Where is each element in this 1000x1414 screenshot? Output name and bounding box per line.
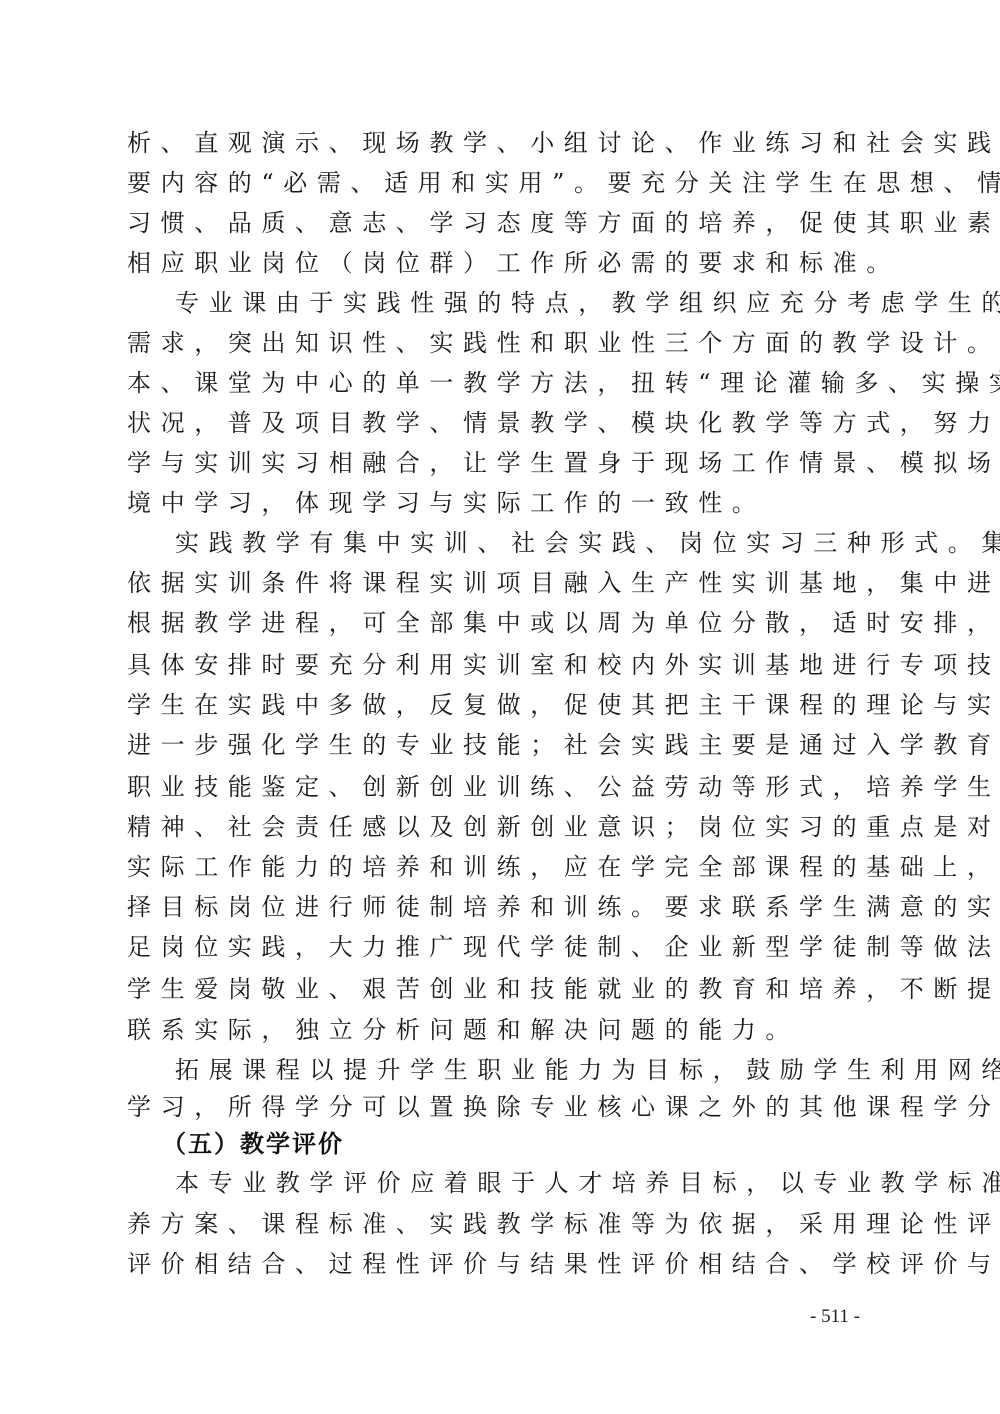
paragraph-line: 职业技能鉴定、创新创业训练、公益劳动等形式，培养学生的吃苦耐劳 xyxy=(127,770,887,804)
page-number: - 511 - xyxy=(790,1306,880,1328)
paragraph-line: 实践教学有集中实训、社会实践、岗位实习三种形式。集中实训应 xyxy=(175,526,935,560)
paragraph-line: 具体安排时要充分利用实训室和校内外实训基地进行专项技能培训，让 xyxy=(127,648,887,682)
paragraph-line: 专业课由于实践性强的特点，教学组织应充分考虑学生的职业岗位 xyxy=(175,286,935,320)
paragraph-line: 养方案、课程标准、实践教学标准等为依据，采用理论性评价与实践性 xyxy=(127,1207,887,1241)
paragraph-line: 境中学习，体现学习与实际工作的一致性。 xyxy=(127,486,887,520)
paragraph-line: 析、直观演示、现场教学、小组讨论、作业练习和社会实践等，突出主 xyxy=(127,126,887,160)
paragraph-line: 要内容的“必需、适用和实用”。要充分关注学生在思想、情感、兴趣、 xyxy=(127,166,887,200)
paragraph-line: 择目标岗位进行师徒制培养和训练。要求联系学生满意的实习单位，立 xyxy=(127,890,887,924)
document-page: 析、直观演示、现场教学、小组讨论、作业练习和社会实践等，突出主 要内容的“必需、… xyxy=(0,0,1000,1414)
paragraph-line: 学生爱岗敬业、艰苦创业和技能就业的教育和培养，不断提升学生理论 xyxy=(127,972,887,1006)
paragraph-line: 学与实训实习相融合，让学生置身于现场工作情景、模拟场景及仿真环 xyxy=(127,446,887,480)
paragraph-line: 学习，所得学分可以置换除专业核心课之外的其他课程学分。 xyxy=(127,1090,887,1124)
paragraph-line: 精神、社会责任感以及创新创业意识；岗位实习的重点是对学生就业前 xyxy=(127,810,887,844)
paragraph-line: 本专业教学评价应着眼于人才培养目标，以专业教学标准、人才培 xyxy=(175,1166,935,1200)
paragraph-line: 联系实际，独立分析问题和解决问题的能力。 xyxy=(127,1013,887,1047)
paragraph-line: 相应职业岗位（岗位群）工作所必需的要求和标准。 xyxy=(127,246,887,280)
paragraph-line: 拓展课程以提升学生职业能力为目标，鼓励学生利用网络自主选择 xyxy=(175,1053,935,1087)
paragraph-line: 本、课堂为中心的单一教学方法，扭转“理论灌输多、实操实训少”的 xyxy=(127,366,887,400)
paragraph-line: 依据实训条件将课程实训项目融入生产性实训基地，集中进行强化训练， xyxy=(127,566,887,600)
paragraph-line: 足岗位实践，大力推广现代学徒制、企业新型学徒制等做法，着力加强 xyxy=(127,930,887,964)
paragraph-line: 根据教学进程，可全部集中或以周为单位分散，适时安排，精心组织。 xyxy=(127,606,887,640)
paragraph-line: 进一步强化学生的专业技能；社会实践主要是通过入学教育与军事训练、 xyxy=(127,728,887,762)
paragraph-line: 评价相结合、过程性评价与结果性评价相结合、学校评价与企业评价相 xyxy=(127,1247,887,1281)
paragraph-line: 习惯、品质、意志、学习态度等方面的培养，促使其职业素养达到从事 xyxy=(127,206,887,240)
paragraph-line: 需求，突出知识性、实践性和职业性三个方面的教学设计。要改变以书 xyxy=(127,326,887,360)
paragraph-line: 状况，普及项目教学、情景教学、模块化教学等方式，努力做到课程教 xyxy=(127,406,887,440)
paragraph-line: 实际工作能力的培养和训练，应在学完全部课程的基础上，组织学生选 xyxy=(127,850,887,884)
paragraph-line: 学生在实践中多做，反复做，促使其把主干课程的理论与实践联系起来， xyxy=(127,688,887,722)
section-heading: （五）教学评价 xyxy=(162,1127,344,1161)
